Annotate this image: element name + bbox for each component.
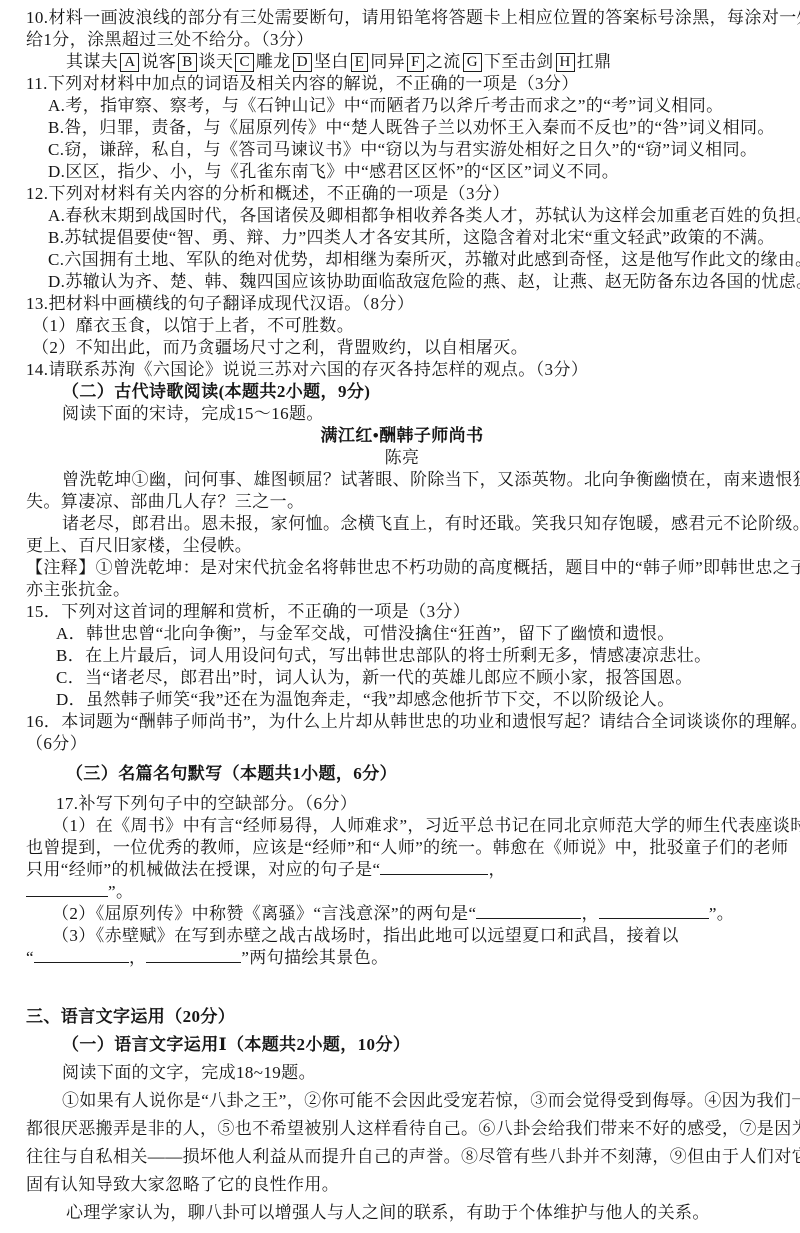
q17-item2-text: （2）《屈原列传》中称赞《离骚》“言浅意深”的两句是“ [52, 904, 476, 923]
q10-stem-line2: 给1分，涂黑超过三处不给分。（3分） [26, 29, 778, 51]
poem-line-2: 失。算凄凉、部曲几人存？三之一。 [26, 491, 778, 513]
q17-item1-line3: 只用“经师”的机械做法在授课，对应的句子是“， [26, 859, 778, 881]
poem-line-1: 曾洗乾坤①幽，问何事、雄图顿屈？试著眼、阶除当下，又添英物。北向争衡幽愤在，南来… [26, 469, 778, 491]
answer-blank-2 [26, 881, 108, 897]
q17-item3-comma: ， [129, 948, 146, 967]
answer-blank-3 [476, 903, 581, 919]
q10-segment-8: 扛鼎 [577, 52, 612, 71]
q17-item1-line2: 也曾提到，一位优秀的教师，应该是“经师”和“人师”的统一。韩愈在《师说》中，批驳… [26, 837, 778, 859]
answer-blank-1 [380, 859, 488, 875]
q10-segment-5: 同异 [370, 52, 405, 71]
q15-option-c: C．当“诸老尽，郎君出”时，词人认为，新一代的英雄儿郎应不顾小家，报答国恩。 [26, 667, 778, 689]
q12-option-c: C.六国拥有土地、军队的绝对优势，却相继为秦所灭，苏辙对此感到奇怪，这是他写作此… [26, 249, 778, 271]
q13-sentence-1: （1）靡衣玉食，以馆于上者，不可胜数。 [26, 315, 778, 337]
language-para-line-4: 固有认知导致大家忽略了它的良性作用。 [26, 1171, 778, 1199]
language-para-line-3: 往往与自私相关——损坏他人利益从而提升自己的声誉。⑧尽管有些八卦并不刻薄，⑨但由… [26, 1143, 778, 1171]
poem-note-line-2: 亦主张抗金。 [26, 579, 778, 601]
q15-stem: 15．下列对这首词的理解和赏析，不正确的一项是（3分） [26, 601, 778, 623]
q17-item1-line1: （1）在《周书》中有言“经师易得，人师难求”，习近平总书记在同北京师范大学的师生… [26, 815, 778, 837]
poem-line-3: 诸老尽，郎君出。恩未报，家何恤。念横飞直上，有时还戢。笑我只知存饱暖，感君元不论… [26, 513, 778, 535]
language-section-header: 三、语言文字运用（20分） [26, 1003, 778, 1031]
language-para-line-1: ①如果有人说你是“八卦之王”，②你可能不会因此受宠若惊，③而会觉得受到侮辱。④因… [26, 1087, 778, 1115]
q11-option-d: D.区区，指少、小，与《孔雀东南飞》中“感君区区怀”的“区区”词义不同。 [26, 161, 778, 183]
q15-option-b: B．在上片最后，词人用设问句式，写出韩世忠部队的将士所剩无多，情感凄凉悲壮。 [26, 645, 778, 667]
answer-blank-4 [599, 903, 709, 919]
q12-stem: 12.下列对材料有关内容的分析和概述，不正确的一项是（3分） [26, 183, 778, 205]
q11-option-c: C.窃，谦辞，私自，与《答司马谏议书》中“窃以为与君实游处相好之日久”的“窃”词… [26, 139, 778, 161]
q16-stem-line2: （6分） [26, 733, 778, 755]
q11-option-b: B.咎，归罪，责备，与《屈原列传》中“楚人既咎子兰以劝怀王入秦而不反也”的“咎”… [26, 117, 778, 139]
q13-sentence-2: （2）不知出此，而乃贪疆场尺寸之利，背盟败约，以自相屠灭。 [26, 337, 778, 359]
q17-item3-close: ”两句描绘其景色。 [241, 948, 388, 967]
q10-choice-box-e: E [351, 53, 369, 72]
q10-segment-1: 说客 [141, 52, 176, 71]
q15-option-d: D．虽然韩子师笑“我”还在为温饱奔走，“我”却感念他折节下交，不以阶级论人。 [26, 689, 778, 711]
q14-stem: 14.请联系苏洵《六国论》说说三苏对六国的存灭各持怎样的观点。（3分） [26, 359, 778, 381]
q10-choice-box-a: A [120, 53, 139, 72]
q13-stem: 13.把材料中画横线的句子翻译成现代汉语。（8分） [26, 293, 778, 315]
poem-author: 陈亮 [26, 447, 778, 469]
q17-item2-line: （2）《屈原列传》中称赞《离骚》“言浅意深”的两句是“，”。 [26, 903, 778, 925]
q11-option-a: A.考，指审察、察考，与《石钟山记》中“而陋者乃以斧斤考击而求之”的“考”词义相… [26, 95, 778, 117]
q10-choice-box-d: D [293, 53, 312, 72]
q17-item1-line3-comma: ， [488, 860, 505, 879]
poem-title: 满江红•酬韩子师尚书 [26, 425, 778, 447]
q10-segment-2: 谈天 [199, 52, 234, 71]
poem-note-line-1: 【注释】①曾洗乾坤：是对宋代抗金名将韩世忠不朽功勋的高度概括，题目中的“韩子师”… [26, 557, 778, 579]
q12-option-a: A.春秋末期到战国时代，各国诸侯及卿相都争相收养各类人才，苏轼认为这样会加重老百… [26, 205, 778, 227]
q12-option-d: D.苏辙认为齐、楚、韩、魏四国应该协助面临敌寇危险的燕、赵，让燕、赵无防备东边各… [26, 271, 778, 293]
language-intro: 阅读下面的文字，完成18~19题。 [26, 1059, 778, 1087]
q10-segment-3: 雕龙 [256, 52, 291, 71]
q10-choice-box-b: B [178, 53, 196, 72]
answer-blank-5 [34, 947, 129, 963]
answer-blank-6 [146, 947, 241, 963]
poetry-intro: 阅读下面的宋诗，完成15～16题。 [26, 403, 778, 425]
q17-item1-line4-text: ”。 [108, 882, 133, 901]
dictation-section-header: （三）名篇名句默写（本题共1小题，6分） [26, 763, 778, 785]
q10-segment-6: 之流 [426, 52, 461, 71]
q15-option-a: A．韩世忠曾“北向争衡”，与金军交战，可惜没擒住“狂酋”，留下了幽愤和遗恨。 [26, 623, 778, 645]
q10-choice-box-h: H [556, 53, 575, 72]
q10-segment-7: 下至击剑 [484, 52, 554, 71]
q11-stem: 11.下列对材料中加点的词语及相关内容的解说，不正确的一项是（3分） [26, 73, 778, 95]
q17-item3-line1: （3）《赤壁赋》在写到赤壁之战古战场时，指出此地可以远望夏口和武昌，接着以 [26, 925, 778, 947]
q12-option-b: B.苏轼提倡要使“智、勇、辩、力”四类人才各安其所，这隐含着对北宋“重文轻武”政… [26, 227, 778, 249]
q16-stem-line1: 16．本词题为“酬韩子师尚书”，为什么上片却从韩世忠的功业和遗恨写起？请结合全词… [26, 711, 778, 733]
q17-item1-line4: ”。 [26, 881, 778, 903]
poem-line-4: 更上、百尺旧家楼，尘侵帙。 [26, 535, 778, 557]
q17-item2-comma: ， [581, 904, 598, 923]
q10-break-sentence: 其谋夫A说客B谈天C雕龙D坚白E同异F之流G下至击剑H扛鼎 [26, 51, 778, 73]
q10-choice-box-c: C [235, 53, 253, 72]
q17-item1-line3-text: 只用“经师”的机械做法在授课，对应的句子是“ [26, 860, 380, 879]
q10-segment-0: 其谋夫 [66, 52, 118, 71]
q17-stem: 17.补写下列句子中的空缺部分。（6分） [26, 793, 778, 815]
exam-paper-page: 10.材料一画波浪线的部分有三处需要断句，请用铅笔将答题卡上相应位置的答案标号涂… [0, 0, 800, 1233]
language-part1-header: （一）语言文字运用Ⅰ（本题共2小题，10分） [26, 1031, 778, 1059]
q10-choice-box-f: F [407, 53, 424, 72]
language-para-line-2: 都很厌恶搬弄是非的人，⑤也不希望被别人这样看待自己。⑥八卦会给我们带来不好的感受… [26, 1115, 778, 1143]
q17-item3-line2: “，”两句描绘其景色。 [26, 947, 778, 969]
q10-segment-4: 坚白 [314, 52, 349, 71]
q10-stem-line1: 10.材料一画波浪线的部分有三处需要断句，请用铅笔将答题卡上相应位置的答案标号涂… [26, 7, 778, 29]
poetry-section-header: （二）古代诗歌阅读(本题共2小题，9分) [26, 381, 778, 403]
q17-item2-close: ”。 [709, 904, 734, 923]
q17-item3-open-quote: “ [26, 948, 34, 967]
q10-choice-box-g: G [463, 53, 482, 72]
language-closing-line: 心理学家认为，聊八卦可以增强人与人之间的联系，有助于个体维护与他人的关系。 [26, 1199, 778, 1227]
